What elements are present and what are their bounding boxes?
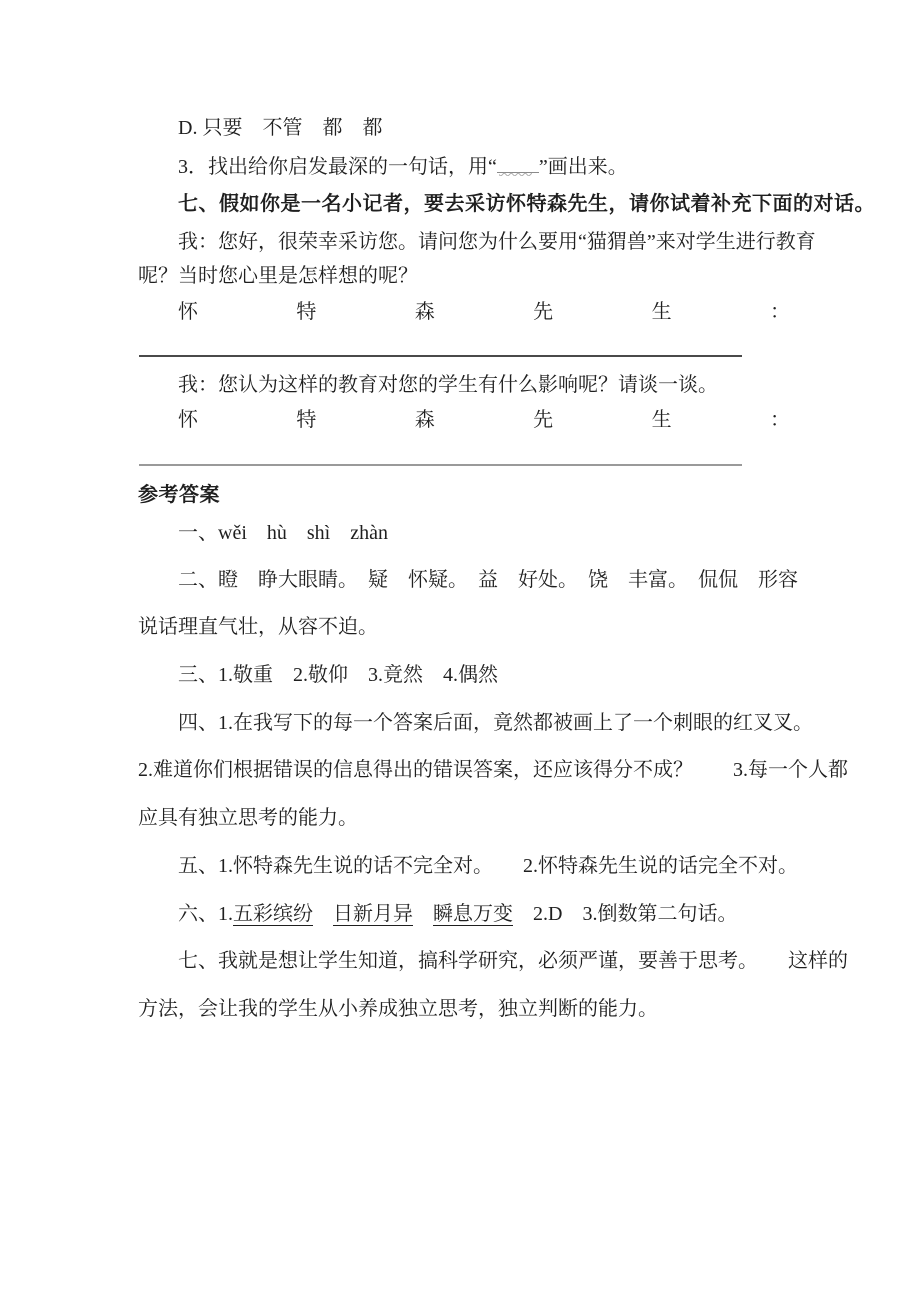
answer-four-line2: 2.难道你们根据错误的信息得出的错误答案，还应该得分不成？ 3.每一个人都 [138, 756, 848, 784]
wavy-blank-line: ～～～ [497, 152, 539, 173]
worksheet-page: D. 只要 不管 都 都 3．找出给你启发最深的一句话，用“～～～”画出来。 七… [0, 0, 920, 1302]
answer-five: 五、1.怀特森先生说的话不完全对。 2.怀特森先生说的话完全不对。 [178, 852, 798, 880]
whitson-char: 怀 [178, 298, 198, 326]
whitson-label-line-2: 怀 特 森 先 生 ： [178, 406, 790, 434]
answer-six-separator [413, 903, 433, 925]
answer-seven-line1: 七、我就是想让学生知道，搞科学研究，必须严谨，要善于思考。 这样的 [178, 947, 848, 975]
answer-six-idiom-1: 五彩缤纷 [233, 903, 313, 925]
dialogue-me-question2: 我：您认为这样的教育对您的学生有什么影响呢？请谈一谈。 [178, 371, 718, 399]
whitson-char: 森 [415, 298, 435, 326]
whitson-char: 生 [652, 406, 672, 434]
question-3-line: 3．找出给你启发最深的一句话，用“～～～”画出来。 [178, 152, 628, 180]
answer-blank-rule-1 [139, 355, 742, 357]
answer-three: 三、1.敬重 2.敬仰 3.竟然 4.偶然 [178, 661, 498, 689]
answer-six-suffix: 2.D 3.倒数第二句话。 [513, 903, 737, 925]
whitson-label-line-1: 怀 特 森 先 生 ： [178, 298, 790, 326]
answer-two-line1: 二、瞪 睁大眼睛。 疑 怀疑。 益 好处。 饶 丰富。 侃侃 形容 [178, 566, 798, 594]
answer-four-line3: 应具有独立思考的能力。 [138, 804, 358, 832]
dialogue-me-question1-line1: 我：您好，很荣幸采访您。请问您为什么要用“猫猬兽”来对学生进行教育 [178, 228, 816, 256]
answer-six-separator [313, 903, 333, 925]
answer-six-idiom-3: 瞬息万变 [433, 903, 513, 925]
answers-heading: 参考答案 [138, 481, 220, 509]
whitson-char: 特 [296, 298, 316, 326]
answer-six-idiom-2: 日新月异 [333, 903, 413, 925]
whitson-colon: ： [770, 406, 790, 434]
whitson-char: 特 [296, 406, 316, 434]
dialogue-me-question1-line2: 呢？当时您心里是怎样想的呢？ [138, 262, 418, 290]
whitson-colon: ： [770, 298, 790, 326]
whitson-char: 怀 [178, 406, 198, 434]
question-3-text-before: 3．找出给你启发最深的一句话，用“ [178, 156, 497, 178]
wavy-mark: ～～～ [499, 162, 532, 176]
whitson-char: 先 [533, 298, 553, 326]
task-seven-heading: 七、假如你是一名小记者，要去采访怀特森先生，请你试着补充下面的对话。 [178, 190, 875, 218]
answer-six-prefix: 六、1. [178, 903, 233, 925]
answer-blank-rule-2 [139, 464, 742, 466]
option-d-line: D. 只要 不管 都 都 [178, 114, 382, 142]
answer-six: 六、1.五彩缤纷 日新月异 瞬息万变 2.D 3.倒数第二句话。 [178, 900, 737, 928]
answer-one: 一、wěi hù shì zhàn [178, 519, 388, 547]
whitson-char: 森 [415, 406, 435, 434]
whitson-char: 先 [533, 406, 553, 434]
answer-seven-line2: 方法，会让我的学生从小养成独立思考，独立判断的能力。 [138, 995, 658, 1023]
question-3-text-after: ”画出来。 [539, 156, 628, 178]
answer-four-line1: 四、1.在我写下的每一个答案后面，竟然都被画上了一个刺眼的红叉叉。 [178, 709, 813, 737]
whitson-char: 生 [652, 298, 672, 326]
answer-two-line2: 说话理直气壮，从容不迫。 [138, 613, 378, 641]
